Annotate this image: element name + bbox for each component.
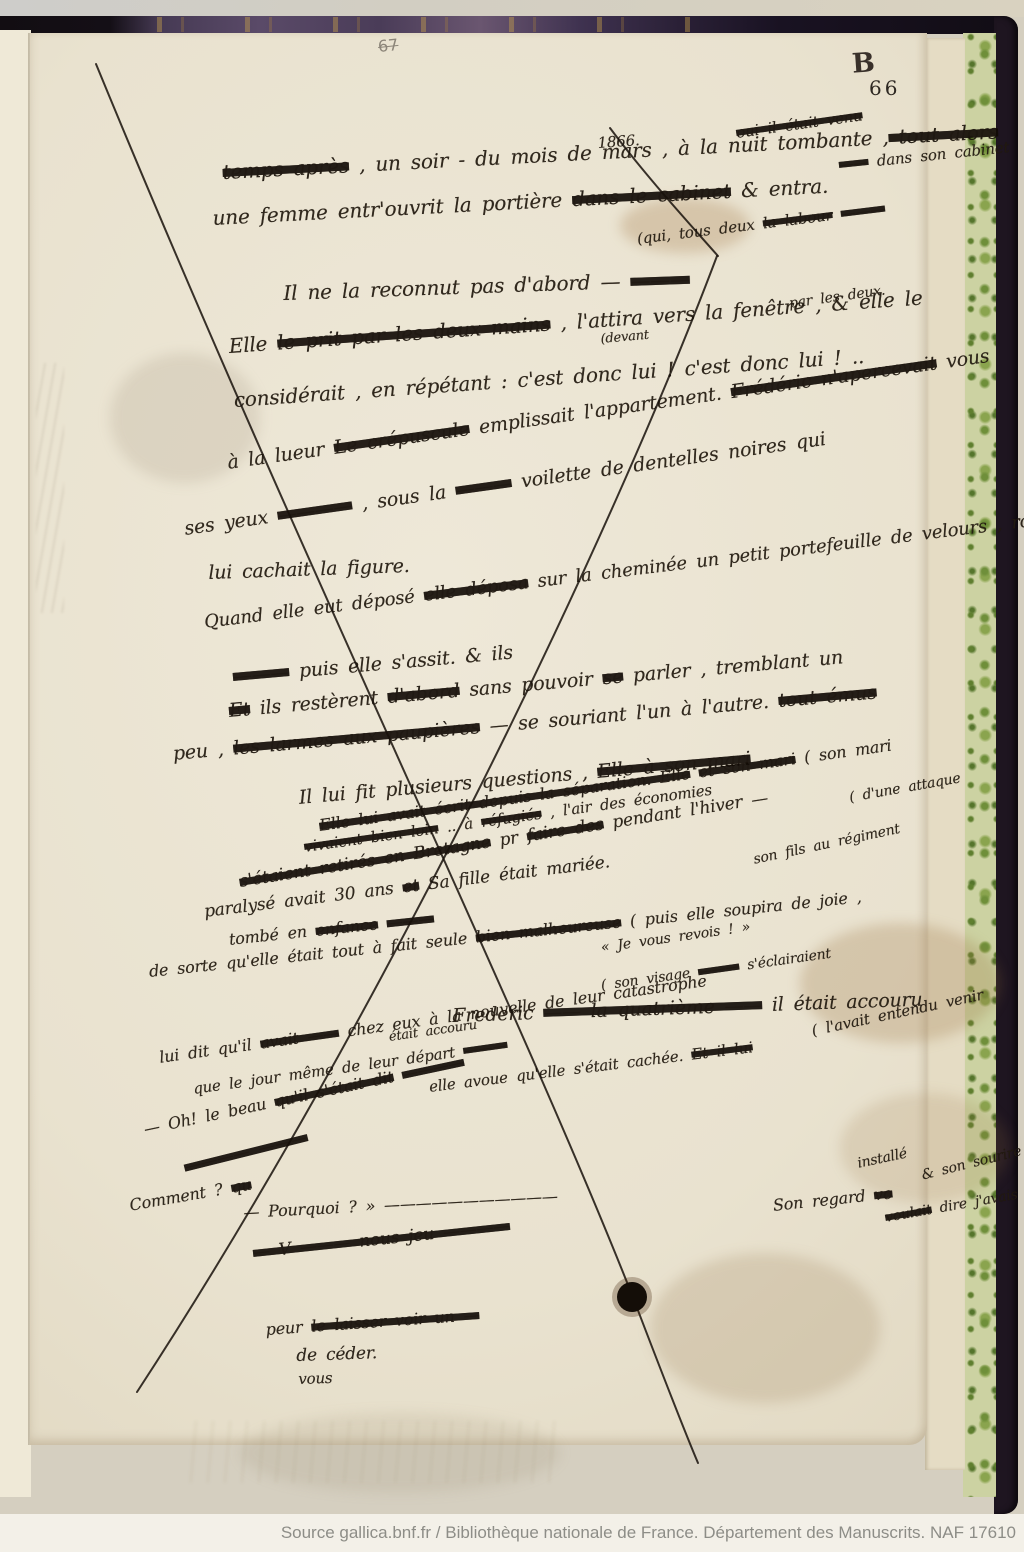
manuscript-line: Comment ? qu: [128, 1175, 253, 1215]
manuscript-line: vous: [298, 1369, 333, 1388]
manuscript-line: installé: [856, 1146, 909, 1172]
manuscript-line: son fils au régiment: [752, 821, 901, 868]
manuscript-text-segment: voilette de dentelles noires qui: [510, 428, 827, 494]
manuscript-photo: 67 B 66 1866.oui il était venu—— dans so…: [0, 0, 1024, 1552]
manuscript-line: — Pourquoi ? » ———————————: [243, 1187, 558, 1222]
manuscript-text-segment: ( son mari: [794, 736, 893, 768]
manuscript-text-segment: parler , tremblant un: [622, 646, 844, 687]
struck-text-segment: ———— ———: [182, 1127, 310, 1177]
struck-text-segment: tout émus: [778, 681, 878, 711]
manuscript-line: (devant: [600, 328, 650, 347]
manuscript-text-segment: lui dit qu'il: [158, 1034, 262, 1067]
struck-text-segment: les larmes aux paupières: [232, 716, 480, 759]
struck-text-segment: qu: [230, 1175, 253, 1197]
struck-text-segment: ——: [838, 153, 869, 174]
manuscript-text-segment: ———————————: [375, 1187, 558, 1216]
manuscript-text-segment: s'éclairaient: [738, 946, 832, 975]
manuscript-line: Son regard vo: [772, 1183, 893, 1214]
struck-text-segment: enfance: [315, 914, 379, 939]
manuscript-line: Il ne la reconnut pas d'abord — ———: [283, 267, 690, 305]
manuscript-text-segment: dire j'avais: [930, 1187, 1019, 1218]
manuscript-text-segment: ses yeux: [183, 505, 279, 540]
manuscript-text-segment: ( d'une attaque: [848, 770, 962, 805]
manuscript-text-segment: peu ,: [172, 738, 234, 765]
struck-text-segment: se: [602, 666, 624, 690]
struck-text-segment: ———: [840, 200, 886, 223]
manuscript-text-segment: vous: [935, 345, 991, 374]
manuscript-line: — V ——— nous jeu ————: [252, 1216, 511, 1263]
manuscript-text-segment: peur: [265, 1317, 312, 1339]
manuscript-text-segment: (qui, tous deux: [636, 215, 764, 248]
struck-text-segment: — V ——— nous jeu ————: [252, 1216, 511, 1263]
manuscript-text-segment: & son sourire: [920, 1143, 1023, 1183]
struck-text-segment: Et: [228, 698, 251, 722]
manuscript-text-segment: , sous la: [351, 480, 458, 516]
manuscript-text-segment: — Oh! le beau: [142, 1092, 277, 1138]
manuscript-text-segment: pr: [489, 826, 529, 852]
struck-text-segment: ———: [462, 1036, 508, 1060]
struck-text-segment: elle déposa: [423, 572, 530, 606]
manuscript-text-segment: de céder.: [296, 1343, 377, 1366]
struck-text-segment: ———: [386, 908, 435, 932]
manuscript-text-segment: Comment ?: [128, 1178, 233, 1215]
manuscript-text-segment: vous: [298, 1369, 333, 1388]
attribution-bar: Source gallica.bnf.fr / Bibliothèque nat…: [0, 1514, 1024, 1552]
struck-text-segment: le prit par les deux mains: [276, 312, 551, 355]
manuscript-text-segment: — se souriant l'un à l'autre.: [479, 690, 780, 738]
attribution-text: Source gallica.bnf.fr / Bibliothèque nat…: [281, 1523, 1016, 1542]
struck-text-segment: Et il lui: [690, 1038, 753, 1063]
struck-text-segment: vo: [873, 1183, 893, 1204]
manuscript-line: de céder.: [296, 1343, 377, 1366]
struck-text-segment: ————: [276, 494, 354, 526]
manuscript-text-segment: Quand elle eut déposé: [203, 585, 425, 633]
manuscript-line: lui cachait la figure.: [208, 555, 410, 584]
manuscript-text-segment: ils restèrent: [249, 686, 389, 720]
manuscript-text-segment: puis elle s'assit. & ils: [288, 642, 514, 683]
manuscript-line: ( d'une attaque: [848, 770, 962, 805]
manuscript-text-segment: sur la cheminée un petit portefeuille de…: [527, 507, 1024, 594]
struck-text-segment: temps après: [222, 153, 350, 184]
struck-text-segment: ———: [454, 472, 513, 502]
manuscript-text-segment: installé: [856, 1146, 909, 1172]
manuscript-text-segment: sans pouvoir: [459, 667, 604, 701]
manuscript-line: ———— ———: [182, 1127, 310, 1177]
manuscript-line: & son sourire: [920, 1143, 1023, 1183]
struck-text-segment: voulait: [884, 1202, 933, 1226]
manuscript-line: peur le laisser voir un —: [265, 1305, 480, 1339]
struck-text-segment: Le crépuscule: [332, 418, 470, 459]
manuscript-text-segment: lui cachait la figure.: [208, 555, 410, 584]
struck-text-segment: ———: [630, 267, 690, 293]
manuscript-text-segment: à la lueur: [226, 437, 336, 474]
manuscript-text-segment: son fils au régiment: [752, 821, 901, 868]
struck-text-segment: le laisser voir un —: [311, 1305, 480, 1336]
manuscript-text-segment: Son regard: [772, 1185, 875, 1215]
struck-text-segment: avait ——: [259, 1023, 340, 1053]
manuscript-text-segment: (devant: [600, 328, 650, 347]
struck-text-segment: la labour: [762, 206, 834, 232]
manuscript-text-segment: & entra.: [730, 174, 828, 203]
manuscript-text-segment: une femme entr'ouvrit la portière: [212, 187, 573, 230]
struck-text-segment: dans le cabinet: [572, 179, 732, 211]
manuscript-line: (qui, tous deux la labour ———: [636, 200, 886, 248]
manuscript-text-segment: Il ne la reconnut pas d'abord —: [283, 269, 631, 305]
handwritten-text-layer: 1866.oui il était venu—— dans son cabine…: [0, 0, 1024, 1514]
manuscript-text-segment: — Pourquoi ? »: [243, 1196, 376, 1222]
struck-text-segment: d'abord: [387, 680, 461, 708]
manuscript-line: voulait dire j'avais: [884, 1187, 1019, 1226]
struck-text-segment: ———: [232, 661, 290, 688]
manuscript-text-segment: Elle: [228, 331, 278, 358]
